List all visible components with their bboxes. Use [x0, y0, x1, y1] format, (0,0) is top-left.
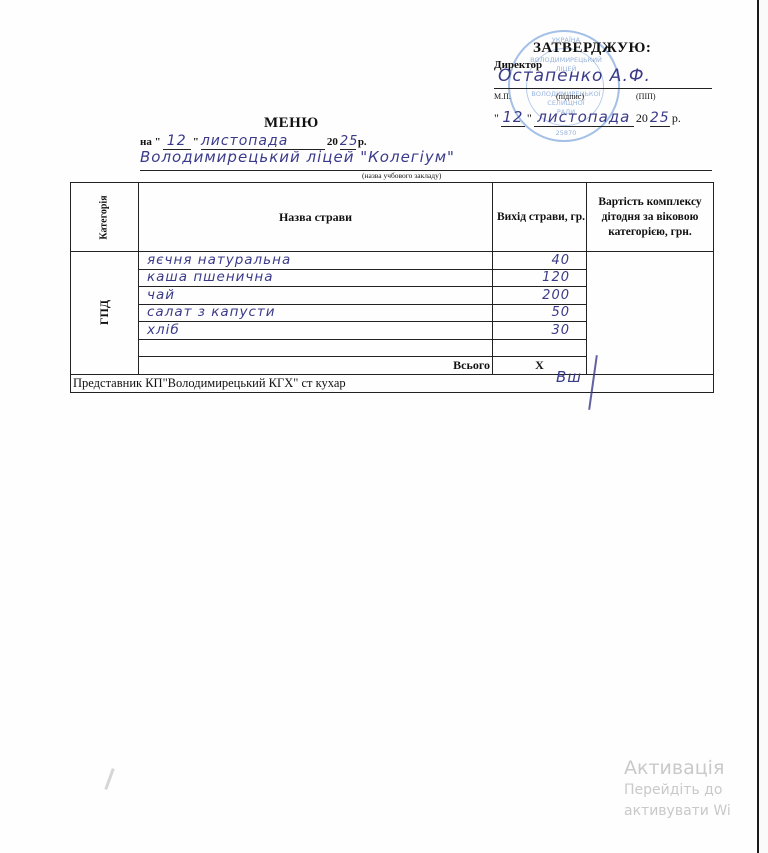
mp-label: М.П.: [494, 92, 511, 101]
header-output: Вихід страви, гр.: [493, 183, 587, 252]
approval-title: ЗАТВЕРДЖУЮ:: [533, 40, 651, 57]
right-strip: [759, 0, 768, 853]
output-cell: 50: [493, 304, 587, 322]
menu-title: МЕНЮ: [264, 115, 319, 132]
footer-cell: Представник КП"Володимирецький КГХ" ст к…: [71, 374, 714, 392]
quote: ": [494, 111, 499, 126]
year-prefix: 20: [636, 111, 648, 126]
cook-signature: Вш: [556, 368, 582, 386]
signature-caption: (підпис): [556, 92, 584, 101]
quote: ": [527, 111, 532, 126]
category-cell: ГПД: [71, 252, 139, 375]
director-signature: Остапенко А.Ф.: [498, 66, 651, 86]
year-prefix: 20: [327, 136, 338, 148]
activation-title: Активація: [624, 756, 731, 780]
approval-month: листопада: [534, 108, 634, 127]
table-header-row: Категорія Назва страви Вихід страви, гр.…: [71, 183, 714, 252]
approval-date: " 12 " листопада 2025 р.: [494, 108, 681, 127]
menu-table: Категорія Назва страви Вихід страви, гр.…: [70, 182, 714, 393]
total-label: Всього: [139, 357, 493, 375]
dish-cell: каша пшенична: [139, 269, 493, 287]
dish-cell: хліб: [139, 322, 493, 340]
school-name: Володимирецький ліцей "Колегіум": [140, 148, 712, 171]
output-cell: 200: [493, 287, 587, 305]
stamp-text: 25870: [528, 129, 604, 137]
dish-cell: салат з капусти: [139, 304, 493, 322]
output-cell: 40: [493, 252, 587, 270]
approval-year: 25: [650, 110, 670, 127]
year-unit: р.: [358, 136, 367, 148]
quote: ": [193, 136, 199, 148]
header-dish-name: Назва страви: [139, 183, 493, 252]
dish-cell: яєчня натуральна: [139, 252, 493, 270]
cost-cell: [587, 252, 714, 375]
year-unit: р.: [672, 111, 681, 126]
windows-activation-watermark: Активація Перейдіть до активувати Wi: [624, 756, 731, 822]
approval-day: 12: [501, 108, 525, 127]
school-caption: (назва учбового закладу): [362, 171, 441, 180]
dish-cell: [139, 339, 493, 357]
header-cost: Вартість комплексу дітодня за віковою ка…: [587, 183, 714, 252]
table-row: ГПД яєчня натуральна 40: [71, 252, 714, 270]
signature-line: [494, 88, 712, 89]
date-prefix: на ": [140, 136, 161, 148]
output-cell: 120: [493, 269, 587, 287]
output-cell: 30: [493, 322, 587, 340]
footer-row: Представник КП"Володимирецький КГХ" ст к…: [71, 374, 714, 392]
pib-caption: (ПІП): [636, 92, 656, 101]
activation-line-2: активувати Wi: [624, 801, 731, 822]
header-category: Категорія: [71, 183, 139, 252]
output-cell: [493, 339, 587, 357]
activation-line-1: Перейдіть до: [624, 780, 731, 801]
dish-cell: чай: [139, 287, 493, 305]
scan-smudge: [104, 768, 114, 790]
document-page: УКРАЇНА ВОЛОДИМИРЕЦЬКИЙ ЛІЦЕЙ ВОЛОДИМИРЕ…: [0, 0, 757, 853]
